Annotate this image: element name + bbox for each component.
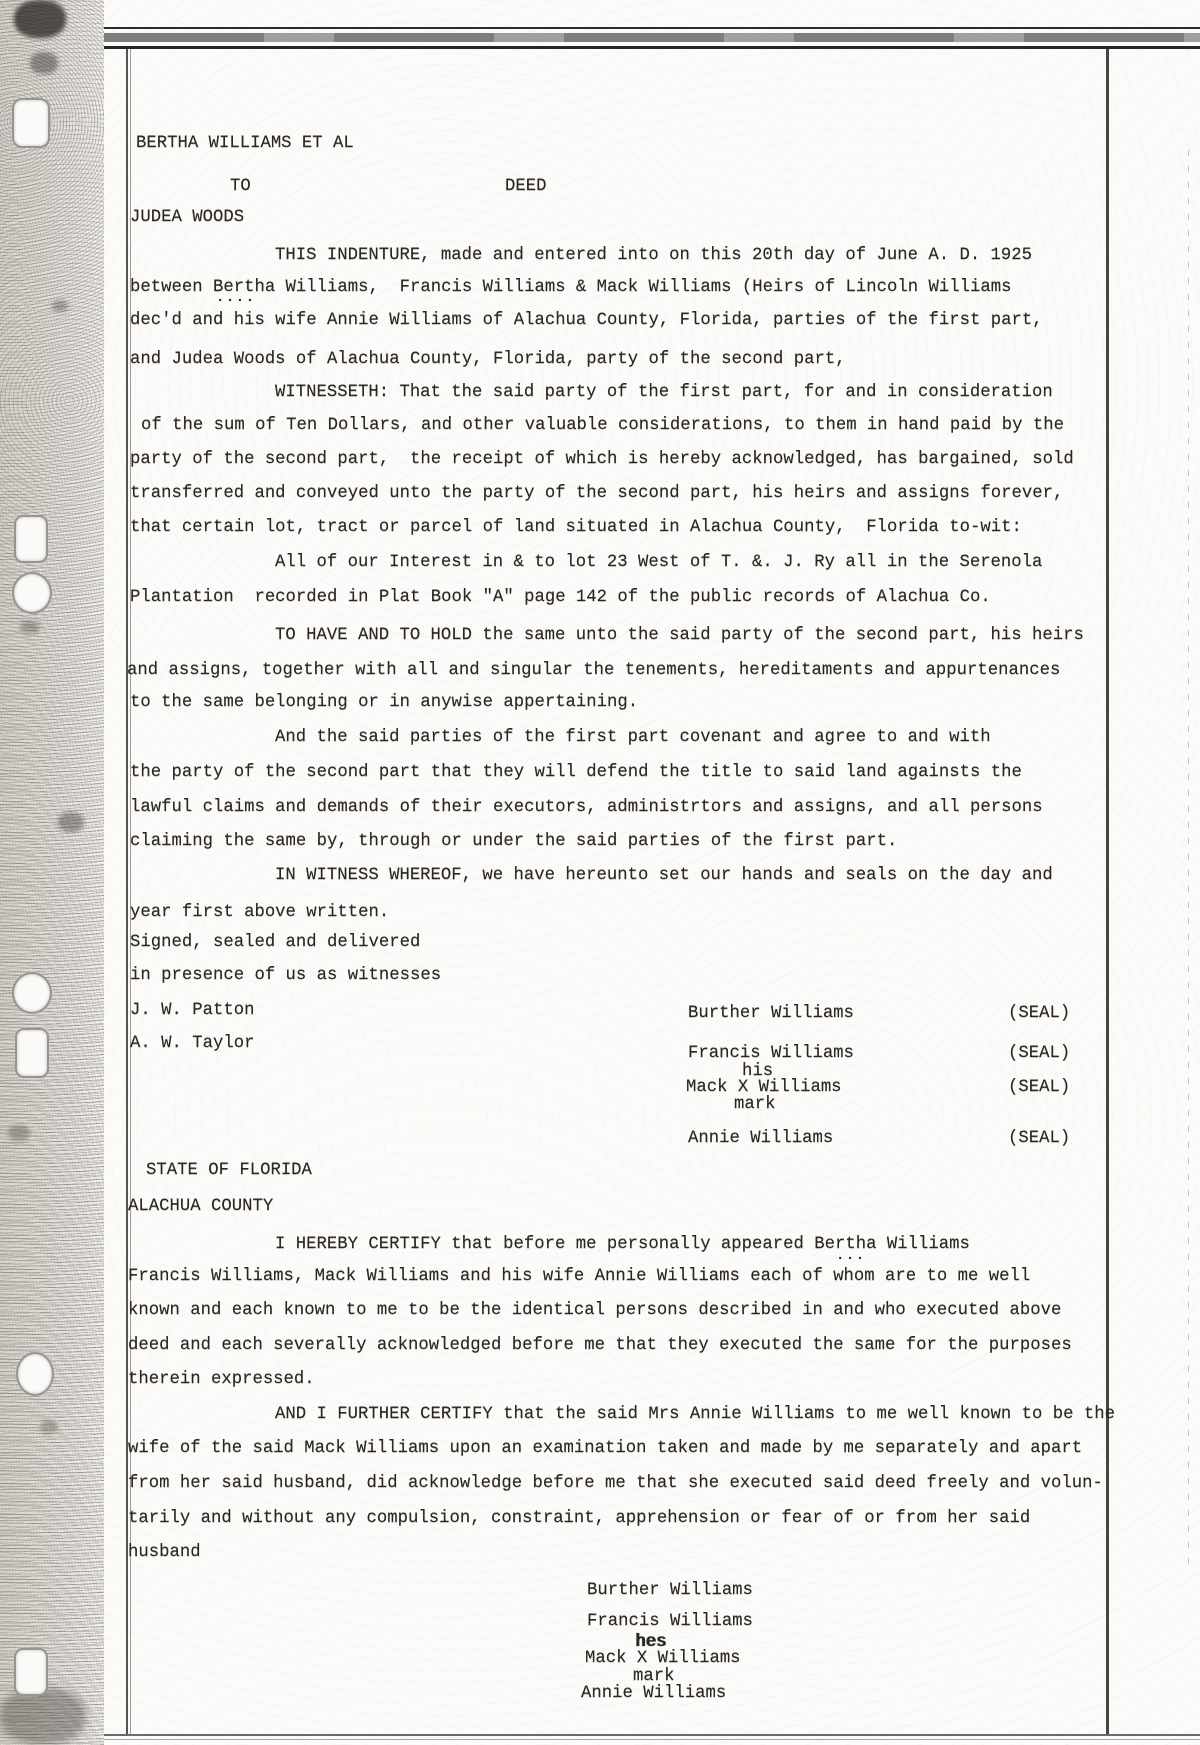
right-edge-faint-rule	[1188, 150, 1189, 1570]
bottom-edge-line	[104, 1739, 1200, 1740]
body-line: THIS INDENTURE, made and entered into on…	[275, 245, 1032, 267]
top-edge-line	[104, 27, 1200, 29]
body-line: between Bertha Williams, Francis William…	[130, 277, 1012, 299]
body-line: and assigns, together with all and singu…	[127, 660, 1060, 682]
acknowledgment-line: known and each known to me to be the ide…	[128, 1300, 1061, 1322]
signer-name: Annie Williams	[581, 1683, 726, 1705]
acknowledgment-line: wife of the said Mack Williams upon an e…	[128, 1438, 1082, 1460]
body-line: And the said parties of the first part c…	[275, 727, 991, 749]
acknowledgment-line: deed and each severally acknowledged bef…	[128, 1335, 1072, 1357]
body-line: Plantation recorded in Plat Book "A" pag…	[130, 587, 991, 609]
body-line: WITNESSETH: That the said party of the f…	[275, 382, 1053, 404]
body-line: party of the second part, the receipt of…	[130, 449, 1074, 471]
acknowledgment-line: husband	[128, 1542, 201, 1564]
punch-hole	[14, 515, 48, 563]
scan-edge-strip	[0, 0, 104, 1745]
his-mark-label: mark	[734, 1094, 775, 1116]
signer-name: Francis Williams	[587, 1611, 753, 1633]
acknowledgment-line: tarily and without any compulsion, const…	[128, 1508, 1030, 1530]
scan-blotch	[20, 620, 40, 634]
body-line: Signed, sealed and delivered	[130, 932, 420, 954]
scan-blotch	[0, 1688, 86, 1744]
scan-blotch	[30, 52, 58, 74]
punch-hole	[12, 972, 52, 1014]
right-margin-rule	[1106, 49, 1109, 1735]
seal-label: (SEAL)	[1008, 1128, 1070, 1150]
proofreader-dots: ...	[836, 1248, 866, 1264]
punch-hole	[12, 572, 52, 614]
bottom-edge-line	[104, 1734, 1200, 1736]
punch-hole	[16, 1352, 54, 1396]
seal-label: (SEAL)	[1008, 1043, 1070, 1065]
body-line: dec'd and his wife Annie Williams of Ala…	[130, 310, 1043, 332]
caption-grantor: BERTHA WILLIAMS ET AL	[136, 133, 354, 155]
proofreader-dots: ....	[216, 290, 256, 306]
scan-blotch	[52, 300, 68, 312]
top-edge-band	[104, 33, 1200, 42]
body-line: in presence of us as witnesses	[130, 965, 441, 987]
body-line: TO HAVE AND TO HOLD the same unto the sa…	[275, 625, 1084, 647]
caption-to-label: TO	[230, 176, 251, 198]
body-line: year first above written.	[130, 902, 389, 924]
body-line: claiming the same by, through or under t…	[130, 831, 897, 853]
acknowledgment-line: from her said husband, did acknowledge b…	[128, 1473, 1103, 1495]
body-line: transferred and conveyed unto the party …	[130, 483, 1063, 505]
seal-label: (SEAL)	[1008, 1077, 1070, 1099]
signer-name: Burther Williams	[688, 1003, 854, 1025]
punch-hole	[14, 1648, 48, 1696]
scanned-deed-page: BERTHA WILLIAMS ET AL TO DEED JUDEA WOOD…	[0, 0, 1200, 1745]
body-line: the party of the second part that they w…	[130, 762, 1022, 784]
signer-name: Burther Williams	[587, 1580, 753, 1602]
witness-signature: A. W. Taylor	[130, 1033, 254, 1055]
acknowledgment-line: Francis Williams, Mack Williams and his …	[128, 1266, 1030, 1288]
body-line: and Judea Woods of Alachua County, Flori…	[130, 349, 846, 371]
body-line: IN WITNESS WHEREOF, we have hereunto set…	[275, 865, 1053, 887]
county-heading: ALACHUA COUNTY	[128, 1196, 273, 1218]
scan-blotch	[14, 0, 66, 38]
scan-blotch	[40, 1420, 58, 1434]
acknowledgment-line: therein expressed.	[128, 1369, 315, 1391]
body-line: to the same belonging or in anywise appe…	[130, 692, 638, 714]
punch-hole	[15, 1028, 49, 1078]
witness-signature: J. W. Patton	[130, 1000, 254, 1022]
top-edge-line	[104, 46, 1200, 49]
body-line: that certain lot, tract or parcel of lan…	[130, 517, 1022, 539]
state-heading: STATE OF FLORIDA	[146, 1160, 312, 1182]
seal-label: (SEAL)	[1008, 1003, 1070, 1025]
punch-hole	[12, 98, 50, 148]
caption-grantee: JUDEA WOODS	[130, 207, 244, 229]
scan-blotch	[58, 812, 84, 832]
signer-name: Annie Williams	[688, 1128, 833, 1150]
body-line: of the sum of Ten Dollars, and other val…	[141, 415, 1064, 437]
scan-blotch	[8, 1125, 30, 1141]
caption-instrument: DEED	[505, 176, 546, 198]
body-line: All of our Interest in & to lot 23 West …	[275, 552, 1042, 574]
body-line: lawful claims and demands of their execu…	[130, 797, 1043, 819]
acknowledgment-line: AND I FURTHER CERTIFY that the said Mrs …	[275, 1404, 1115, 1426]
